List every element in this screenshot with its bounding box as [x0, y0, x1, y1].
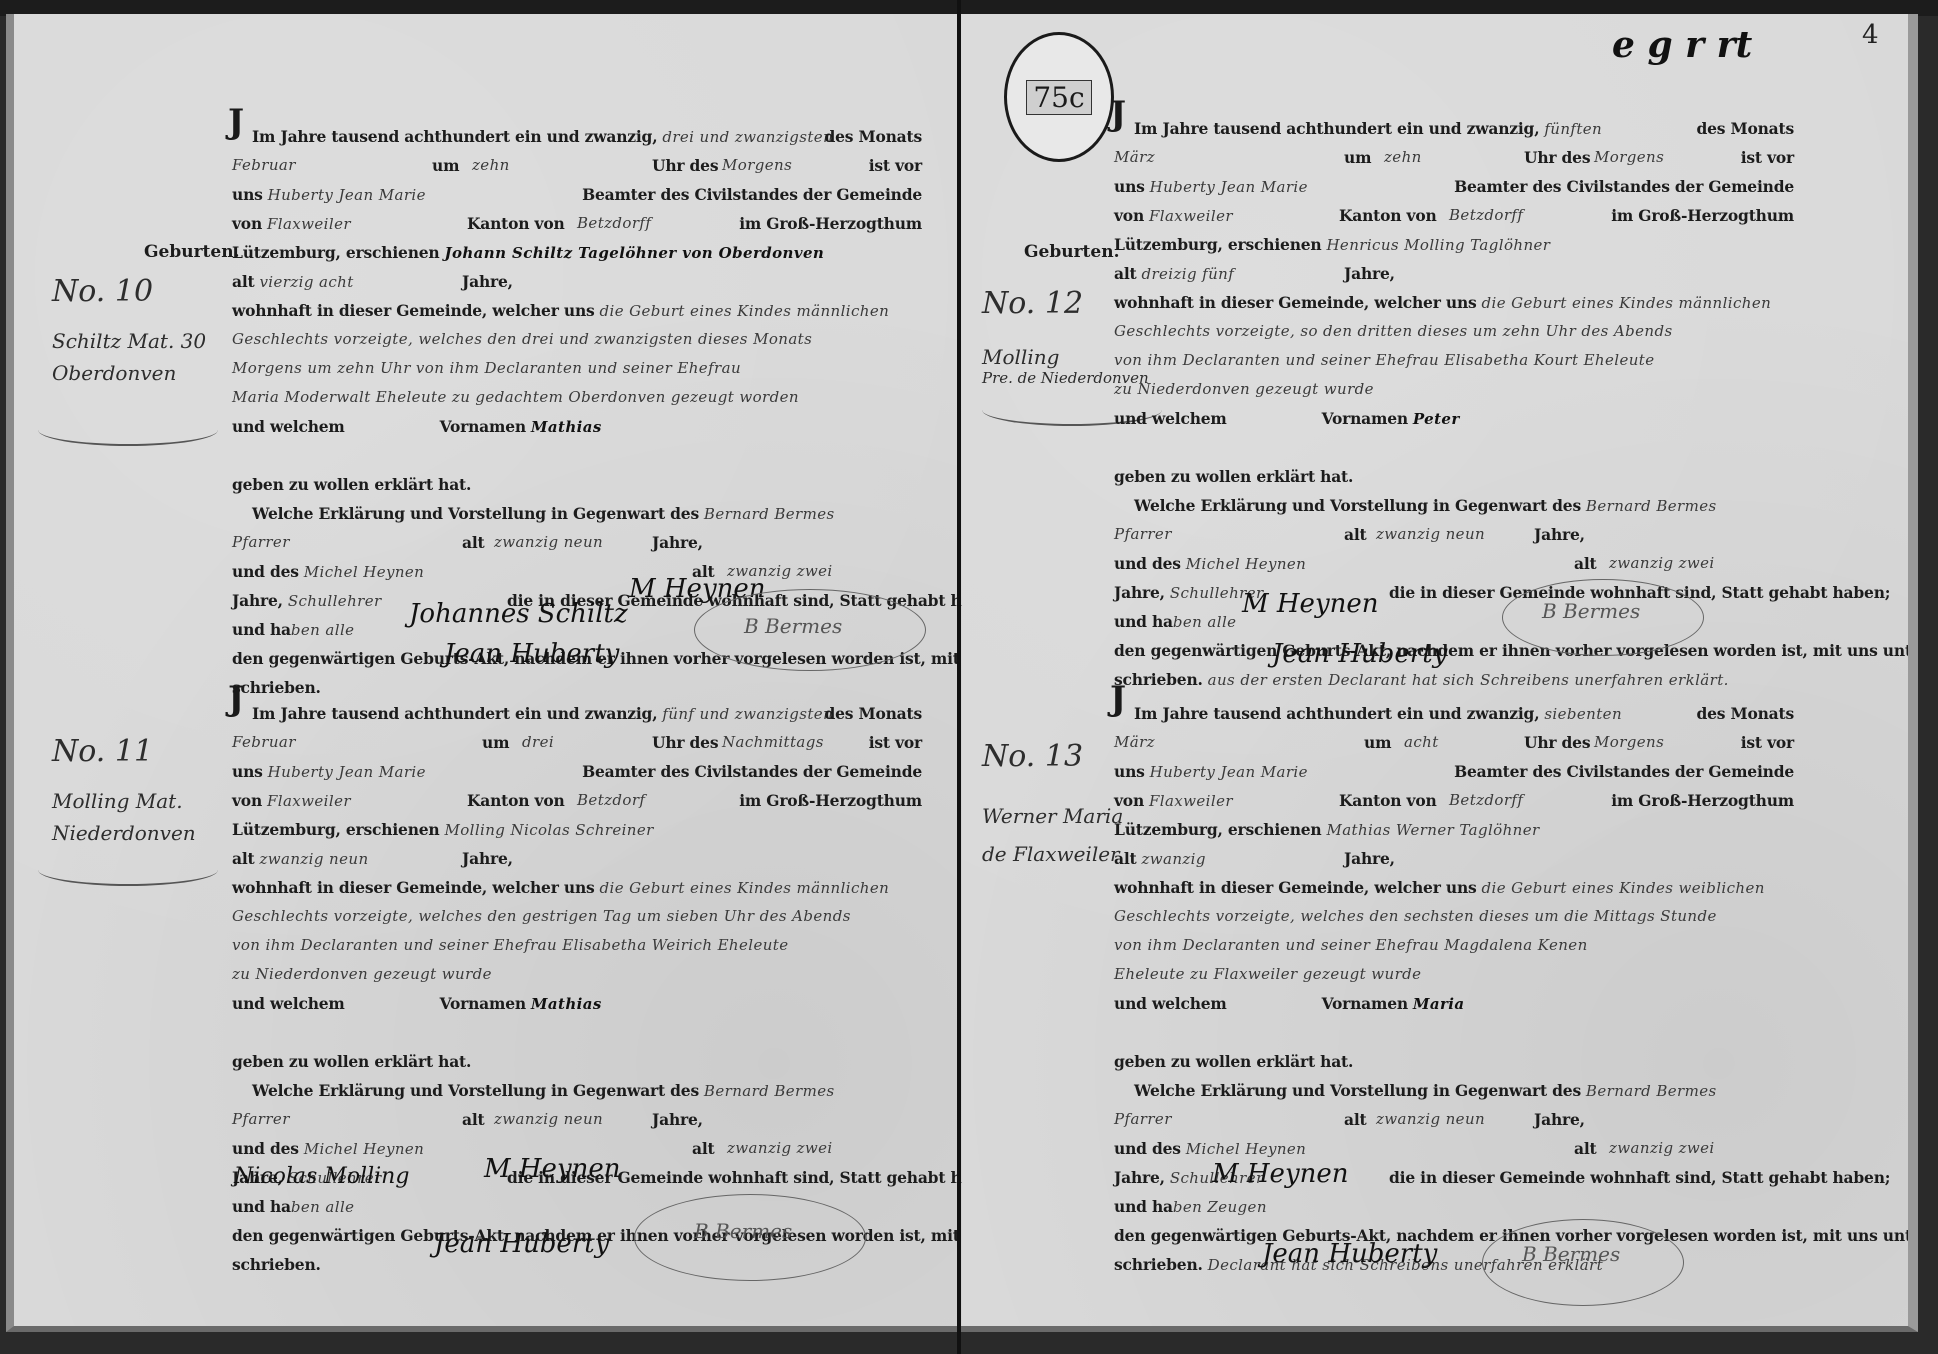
printed-text: schrieben.	[232, 678, 321, 697]
printed-text: im Groß-Herzogthum	[1611, 786, 1794, 815]
handwritten-entry: Geschlechts vorzeigte, so den dritten di…	[1114, 322, 1673, 340]
record-13: JIm Jahre tausend achthundert ein und zw…	[1114, 699, 1794, 1279]
printed-text: und welchem	[232, 994, 345, 1013]
printed-text: Welche Erklärung und Vorstellung in Gege…	[1134, 496, 1581, 515]
form-line: den gegenwärtigen Geburts-Akt, nachdem e…	[1114, 636, 1794, 665]
form-line: Eheleute zu Flaxweiler gezeugt wurde	[1114, 960, 1794, 989]
printed-text: alt	[232, 272, 255, 291]
handwritten-entry: Pfarrer	[232, 533, 290, 551]
handwritten-entry: die Geburt eines Kindes männlichen	[1482, 294, 1772, 312]
printed-text: Uhr des	[1524, 728, 1590, 757]
form-line: Welche Erklärung und Vorstellung in Gege…	[1114, 491, 1794, 520]
printed-text: im Groß-Herzogthum	[739, 209, 922, 238]
form-line: geben zu wollen erklärt hat.	[1114, 1047, 1794, 1076]
handwritten-entry: Pfarrer	[1114, 1110, 1172, 1128]
printed-text: J	[1110, 100, 1126, 129]
printed-text: die in dieser Gemeinde wohnhaft sind, St…	[1389, 1163, 1890, 1192]
form-line: Pfarreraltzwanzig neunJahre,	[1114, 1105, 1794, 1134]
handwritten-entry: Flaxweiler	[1149, 792, 1233, 810]
stamp-value: 75c	[1026, 80, 1091, 115]
handwritten-entry: Michel Heynen	[1186, 1140, 1307, 1158]
printed-text: und des	[232, 1139, 299, 1158]
handwritten-entry: zwanzig neun	[1376, 520, 1485, 549]
form-line	[232, 441, 922, 470]
form-line: Morgens um zehn Uhr von ihm Declaranten …	[232, 354, 922, 383]
handwritten-entry: vierzig acht	[259, 273, 353, 291]
form-line: geben zu wollen erklärt hat.	[232, 470, 922, 499]
form-line: JIm Jahre tausend achthundert ein und zw…	[232, 122, 922, 151]
handwritten-entry: ben alle	[291, 1198, 355, 1216]
printed-text: Jahre,	[462, 267, 513, 296]
printed-text: Vornamen	[440, 994, 526, 1013]
margin-place: de Flaxweiler	[982, 842, 1123, 866]
printed-text: alt	[1574, 549, 1597, 578]
handwritten-entry: zwanzig zwei	[1609, 549, 1715, 578]
handwritten-entry: die Geburt eines Kindes männlichen	[600, 879, 890, 897]
form-line: wohnhaft in dieser Gemeinde, welcher uns…	[232, 296, 922, 325]
handwritten-entry: fünften	[1544, 120, 1602, 138]
given-name: Mathias	[531, 418, 602, 436]
handwritten-entry: Eheleute zu Flaxweiler gezeugt wurde	[1114, 965, 1421, 983]
printed-text: Vornamen	[1322, 409, 1408, 428]
printed-text: schrieben.	[1114, 1255, 1203, 1274]
margin-name: Werner Maria	[982, 804, 1123, 828]
form-line: und des Michel Heynenaltzwanzig zwei	[232, 557, 922, 586]
printed-text: von	[1114, 206, 1144, 225]
printed-text: und welchem	[1114, 409, 1227, 428]
form-line	[1114, 433, 1794, 462]
form-line: von FlaxweilerKanton vonBetzdorffim Groß…	[232, 209, 922, 238]
form-line: und welchem Vornamen Maria	[1114, 989, 1794, 1018]
form-line: schrieben. aus der ersten Declarant hat …	[1114, 665, 1794, 694]
printed-text: Jahre,	[232, 591, 283, 610]
handwritten-entry: von ihm Declaranten und seiner Ehefrau E…	[232, 936, 789, 954]
handwritten-entry: Molling Nicolas Schreiner	[444, 821, 653, 839]
printed-text: alt	[1114, 264, 1137, 283]
handwritten-entry: ben Zeugen	[1173, 1198, 1267, 1216]
margin-flourish	[38, 414, 218, 446]
form-line: Lützemburg, erschienen Molling Nicolas S…	[232, 815, 922, 844]
form-line: JIm Jahre tausend achthundert ein und zw…	[1114, 699, 1794, 728]
form-line: und welchem Vornamen Mathias	[232, 412, 922, 441]
printed-text: Lützemburg, erschienen	[1114, 235, 1322, 254]
printed-text: alt	[1114, 849, 1137, 868]
signature: M Heynen	[1212, 1159, 1349, 1189]
printed-text: alt	[1574, 1134, 1597, 1163]
margin-place: Niederdonven	[52, 821, 196, 845]
form-line: uns Huberty Jean MarieBeamter des Civils…	[232, 180, 922, 209]
handwritten-entry: zu Niederdonven gezeugt wurde	[232, 965, 492, 983]
printed-text: und des	[232, 562, 299, 581]
signature: Jean Huberty	[444, 639, 619, 669]
handwritten-entry: zwanzig neun	[1376, 1105, 1485, 1134]
handwritten-entry: ben alle	[291, 621, 355, 639]
form-line: und welchem Vornamen Peter	[1114, 404, 1794, 433]
handwritten-entry: zwanzig zwei	[1609, 1134, 1715, 1163]
handwritten-entry: Betzdorf	[577, 786, 645, 815]
printed-text: Jahre,	[462, 844, 513, 873]
handwritten-entry: Mathias Werner Taglöhner	[1326, 821, 1539, 839]
printed-text: und ha	[1114, 1197, 1173, 1216]
handwritten-entry: Maria Moderwalt Eheleute zu gedachtem Ob…	[232, 388, 799, 406]
handwritten-entry: acht	[1404, 728, 1439, 757]
signature: Jean Huberty	[1262, 1239, 1437, 1269]
margin-flourish	[38, 854, 218, 886]
handwritten-entry: Maria	[1413, 995, 1465, 1013]
signature: M Heynen	[1242, 589, 1379, 619]
printed-text: Beamter des Civilstandes der Gemeinde	[1454, 172, 1794, 201]
handwritten-entry: Michel Heynen	[304, 563, 425, 581]
form-line: Welche Erklärung und Vorstellung in Gege…	[232, 499, 922, 528]
handwritten-entry: zwanzig	[1141, 850, 1205, 868]
form-line: wohnhaft in dieser Gemeinde, welcher uns…	[1114, 288, 1794, 317]
handwritten-entry: Flaxweiler	[1149, 207, 1233, 225]
handwritten-entry: zehn	[1384, 143, 1422, 172]
printed-text: uns	[1114, 762, 1145, 781]
printed-text: Im Jahre tausend achthundert ein und zwa…	[252, 704, 657, 723]
printed-text: J	[228, 108, 244, 137]
form-line: von FlaxweilerKanton vonBetzdorffim Groß…	[1114, 201, 1794, 230]
corner-annotation: e g r rt	[1612, 24, 1752, 66]
printed-text: im Groß-Herzogthum	[1611, 201, 1794, 230]
margin-place: Oberdonven	[52, 361, 206, 385]
handwritten-entry: März	[1114, 148, 1155, 166]
printed-text: des Monats	[1696, 699, 1794, 728]
handwritten-entry: Bernard Bermes	[704, 505, 835, 523]
printed-text: J	[228, 685, 244, 714]
handwritten-entry: Pfarrer	[1114, 525, 1172, 543]
section-label: Geburten.	[144, 242, 239, 262]
printed-text: uns	[232, 762, 263, 781]
printed-text: Vornamen	[440, 417, 526, 436]
form-line	[1114, 1018, 1794, 1047]
form-line: Lützemburg, erschienen Johann Schiltz Ta…	[232, 238, 922, 267]
handwritten-entry: Huberty Jean Marie	[268, 763, 426, 781]
handwritten-entry: Nachmittags	[722, 728, 824, 757]
handwritten-entry: die Geburt eines Kindes männlichen	[600, 302, 890, 320]
printed-text: wohnhaft in dieser Gemeinde, welcher uns	[232, 301, 595, 320]
form-line: Maria Moderwalt Eheleute zu gedachtem Ob…	[232, 383, 922, 412]
printed-text: Vornamen	[1322, 994, 1408, 1013]
form-line: FebruarumdreiUhr desNachmittagsist vor	[232, 728, 922, 757]
record-number: No. 11	[52, 734, 196, 769]
record-note: aus der ersten Declarant hat sich Schrei…	[1208, 671, 1729, 689]
handwritten-entry: Michel Heynen	[304, 1140, 425, 1158]
form-line: Welche Erklärung und Vorstellung in Gege…	[1114, 1076, 1794, 1105]
handwritten-entry: Betzdorff	[1449, 786, 1523, 815]
tax-stamp: 75c	[1004, 32, 1114, 162]
officer: Huberty Jean Marie	[268, 186, 426, 204]
signature-flourish	[634, 1194, 866, 1281]
printed-text: Jahre,	[1534, 1105, 1585, 1134]
signature: Nicolas Molling	[234, 1164, 409, 1189]
form-line: schrieben.	[232, 673, 922, 702]
printed-text: und welchem	[232, 417, 345, 436]
form-line: JIm Jahre tausend achthundert ein und zw…	[232, 699, 922, 728]
printed-text: von	[1114, 791, 1144, 810]
handwritten-entry: Morgens	[1594, 728, 1664, 757]
printed-text: ist vor	[869, 728, 922, 757]
handwritten-entry: Betzdorff	[577, 209, 651, 238]
handwritten-entry: Michel Heynen	[1186, 555, 1307, 573]
handwritten-entry: zwanzig neun	[494, 1105, 603, 1134]
handwritten-entry: dreizig fünf	[1141, 265, 1234, 283]
margin-name: Schiltz Mat. 30	[52, 329, 206, 353]
section-label: Geburten.	[1024, 242, 1119, 262]
handwritten-entry: Schullehrer	[288, 592, 382, 610]
form-line: von ihm Declaranten und seiner Ehefrau E…	[232, 931, 922, 960]
handwritten-entry: Henricus Molling Taglöhner	[1326, 236, 1550, 254]
handwritten-entry: Geschlechts vorzeigte, welches den drei …	[232, 330, 812, 348]
printed-text: Jahre,	[652, 1105, 703, 1134]
printed-text: Beamter des Civilstandes der Gemeinde	[1454, 757, 1794, 786]
printed-text: Jahre,	[1534, 520, 1585, 549]
printed-text: Im Jahre tausend achthundert ein und zwa…	[252, 127, 657, 146]
printed-text: Kanton von	[467, 786, 565, 815]
day: drei und zwanzigsten	[662, 128, 833, 146]
printed-text: alt	[692, 1134, 715, 1163]
handwritten-entry: zehn	[472, 151, 510, 180]
handwritten-entry: März	[1114, 733, 1155, 751]
handwritten-entry: Flaxweiler	[267, 215, 351, 233]
form-line: uns Huberty Jean MarieBeamter des Civils…	[1114, 172, 1794, 201]
handwritten-entry: ben alle	[1173, 613, 1237, 631]
printed-text: Jahre,	[1344, 844, 1395, 873]
form-line: den gegenwärtigen Geburts-Akt, nachdem e…	[1114, 1221, 1794, 1250]
form-line: von ihm Declaranten und seiner Ehefrau M…	[1114, 931, 1794, 960]
form-line: alt zwanzig neunJahre,	[232, 844, 922, 873]
printed-text: und welchem	[1114, 994, 1227, 1013]
printed-text: wohnhaft in dieser Gemeinde, welcher uns	[1114, 878, 1477, 897]
printed-text: und ha	[1114, 612, 1173, 631]
signature: Jean Huberty	[1272, 639, 1447, 669]
printed-text: Lützemburg, erschienen	[1114, 820, 1322, 839]
form-line: zu Niederdonven gezeugt wurde	[232, 960, 922, 989]
handwritten-entry: zu Niederdonven gezeugt wurde	[1114, 380, 1374, 398]
handwritten-entry: von ihm Declaranten und seiner Ehefrau M…	[1114, 936, 1588, 954]
printed-text: Welche Erklärung und Vorstellung in Gege…	[252, 1081, 699, 1100]
handwritten-entry: Bernard Bermes	[1586, 497, 1717, 515]
declarant: Johann Schiltz Tagelöhner von Oberdonven	[444, 244, 824, 262]
form-line: alt vierzig achtJahre,	[232, 267, 922, 296]
handwritten-entry: Pfarrer	[232, 1110, 290, 1128]
printed-text: alt	[462, 528, 485, 557]
printed-text: Welche Erklärung und Vorstellung in Gege…	[252, 504, 699, 523]
printed-text: von	[232, 214, 262, 233]
handwritten-entry: zwanzig zwei	[727, 1134, 833, 1163]
form-line: geben zu wollen erklärt hat.	[1114, 462, 1794, 491]
form-line: Welche Erklärung und Vorstellung in Gege…	[232, 1076, 922, 1105]
printed-text: uns	[232, 185, 263, 204]
form-line: alt zwanzigJahre,	[1114, 844, 1794, 873]
printed-text: Uhr des	[652, 728, 718, 757]
printed-text: geben zu wollen erklärt hat.	[232, 475, 471, 494]
printed-text: alt	[1344, 520, 1367, 549]
handwritten-entry: Bernard Bermes	[704, 1082, 835, 1100]
printed-text: und ha	[232, 620, 291, 639]
margin-name: Molling Mat.	[52, 789, 196, 813]
form-line: JIm Jahre tausend achthundert ein und zw…	[1114, 114, 1794, 143]
printed-text: Jahre,	[1114, 1168, 1165, 1187]
signature-flourish	[1482, 1219, 1684, 1306]
printed-text: Kanton von	[1339, 201, 1437, 230]
printed-text: alt	[462, 1105, 485, 1134]
signature: Jean Huberty	[434, 1229, 609, 1259]
signature-flourish	[1502, 579, 1704, 656]
month: Februar	[232, 156, 296, 174]
signature: M Heynen	[484, 1154, 621, 1184]
signature: Johannes Schiltz	[409, 599, 628, 629]
printed-text: den gegenwärtigen Geburts-Akt, nachdem e…	[1114, 641, 1918, 660]
page-number: 4	[1862, 20, 1879, 50]
handwritten-entry: Mathias	[531, 995, 602, 1013]
handwritten-entry: Geschlechts vorzeigte, welches den gestr…	[232, 907, 851, 925]
form-line: FebruarumzehnUhr desMorgensist vor	[232, 151, 922, 180]
printed-text: Uhr des	[1524, 143, 1590, 172]
handwritten-entry: Morgens	[1594, 143, 1664, 172]
printed-text: Beamter des Civilstandes der Gemeinde	[582, 180, 922, 209]
form-line: Lützemburg, erschienen Henricus Molling …	[1114, 230, 1794, 259]
left-page: Geburten. No. 10 Schiltz Mat. 30 Oberdon…	[6, 14, 964, 1332]
printed-text: Jahre,	[652, 528, 703, 557]
handwritten-entry: Bernard Bermes	[1586, 1082, 1717, 1100]
printed-text: uns	[1114, 177, 1145, 196]
form-line: Geschlechts vorzeigte, so den dritten di…	[1114, 317, 1794, 346]
margin-note-rec-11: No. 11 Molling Mat. Niederdonven	[52, 734, 196, 845]
printed-text: und des	[1114, 554, 1181, 573]
form-line: Lützemburg, erschienen Mathias Werner Ta…	[1114, 815, 1794, 844]
form-line: Pfarreraltzwanzig neunJahre,	[232, 528, 922, 557]
form-line: alt dreizig fünfJahre,	[1114, 259, 1794, 288]
printed-text: Kanton von	[467, 209, 565, 238]
handwritten-entry: Morgens	[722, 151, 792, 180]
printed-text: Lützemburg, erschienen	[232, 820, 440, 839]
printed-text: und ha	[232, 1197, 291, 1216]
form-line: von FlaxweilerKanton vonBetzdorffim Groß…	[1114, 786, 1794, 815]
printed-text: Jahre,	[1344, 259, 1395, 288]
handwritten-entry: Peter	[1413, 410, 1460, 428]
record-number: No. 10	[52, 274, 206, 309]
handwritten-entry: Huberty Jean Marie	[1150, 763, 1308, 781]
printed-text: Welche Erklärung und Vorstellung in Gege…	[1134, 1081, 1581, 1100]
handwritten-entry: Geschlechts vorzeigte, welches den sechs…	[1114, 907, 1717, 925]
printed-text: ist vor	[1741, 143, 1794, 172]
form-line: MärzumzehnUhr desMorgensist vor	[1114, 143, 1794, 172]
handwritten-entry: zwanzig neun	[494, 528, 603, 557]
form-line	[232, 1018, 922, 1047]
handwritten-entry: die Geburt eines Kindes weiblichen	[1482, 879, 1765, 897]
form-line: zu Niederdonven gezeugt wurde	[1114, 375, 1794, 404]
printed-text: Im Jahre tausend achthundert ein und zwa…	[1134, 704, 1539, 723]
form-line: uns Huberty Jean MarieBeamter des Civils…	[1114, 757, 1794, 786]
form-line: uns Huberty Jean MarieBeamter des Civils…	[232, 757, 922, 786]
printed-text: wohnhaft in dieser Gemeinde, welcher uns	[232, 878, 595, 897]
printed-text: J	[1110, 685, 1126, 714]
book-spine	[957, 0, 961, 1354]
printed-text: geben zu wollen erklärt hat.	[1114, 467, 1353, 486]
form-line: und welchem Vornamen Mathias	[232, 989, 922, 1018]
form-line: Geschlechts vorzeigte, welches den sechs…	[1114, 902, 1794, 931]
register-spread: Geburten. No. 10 Schiltz Mat. 30 Oberdon…	[0, 0, 1938, 1354]
form-line: Geschlechts vorzeigte, welches den drei …	[232, 325, 922, 354]
printed-text: Kanton von	[1339, 786, 1437, 815]
margin-note-rec-13: No. 13 Werner Maria de Flaxweiler	[982, 739, 1123, 866]
printed-text: wohnhaft in dieser Gemeinde, welcher uns	[1114, 293, 1477, 312]
handwritten-entry: zwanzig neun	[259, 850, 368, 868]
printed-text: Lützemburg, erschienen	[232, 243, 440, 262]
form-line: schrieben. Declarant hat sich Schreibens…	[1114, 1250, 1794, 1279]
form-line: Pfarreraltzwanzig neunJahre,	[232, 1105, 922, 1134]
handwritten-entry: Betzdorff	[1449, 201, 1523, 230]
form-line: von ihm Declaranten und seiner Ehefrau E…	[1114, 346, 1794, 375]
signature-flourish	[694, 589, 926, 671]
printed-text: schrieben.	[1114, 670, 1203, 689]
printed-text: geben zu wollen erklärt hat.	[1114, 1052, 1353, 1071]
form-line: wohnhaft in dieser Gemeinde, welcher uns…	[1114, 873, 1794, 902]
printed-text: Uhr des	[652, 151, 718, 180]
form-line: von FlaxweilerKanton vonBetzdorfim Groß-…	[232, 786, 922, 815]
printed-text: ist vor	[1741, 728, 1794, 757]
form-line: und haben Zeugen	[1114, 1192, 1794, 1221]
handwritten-entry: Morgens um zehn Uhr von ihm Declaranten …	[232, 359, 741, 377]
form-line: Pfarreraltzwanzig neunJahre,	[1114, 520, 1794, 549]
printed-text: alt	[1344, 1105, 1367, 1134]
handwritten-entry: Flaxweiler	[267, 792, 351, 810]
printed-text: um	[1364, 728, 1391, 757]
printed-text: des Monats	[824, 699, 922, 728]
printed-text: schrieben.	[232, 1255, 321, 1274]
form-line: Geschlechts vorzeigte, welches den gestr…	[232, 902, 922, 931]
printed-text: um	[1344, 143, 1371, 172]
printed-text: im Groß-Herzogthum	[739, 786, 922, 815]
printed-text: und des	[1114, 1139, 1181, 1158]
form-line: MärzumachtUhr desMorgensist vor	[1114, 728, 1794, 757]
printed-text: von	[232, 791, 262, 810]
printed-text: Jahre,	[1114, 583, 1165, 602]
handwritten-entry: von ihm Declaranten und seiner Ehefrau E…	[1114, 351, 1655, 369]
handwritten-entry: drei	[522, 728, 554, 757]
printed-text: ist vor	[869, 151, 922, 180]
form-line: wohnhaft in dieser Gemeinde, welcher uns…	[232, 873, 922, 902]
record-11: JIm Jahre tausend achthundert ein und zw…	[232, 699, 922, 1279]
printed-text: des Monats	[824, 122, 922, 151]
form-line: und des Michel Heynenaltzwanzig zwei	[1114, 549, 1794, 578]
handwritten-entry: Huberty Jean Marie	[1150, 178, 1308, 196]
printed-text: Beamter des Civilstandes der Gemeinde	[582, 757, 922, 786]
right-page: 75c e g r rt 4 Geburten. No. 12 Molling …	[962, 14, 1918, 1332]
record-number: No. 13	[982, 739, 1123, 774]
printed-text: um	[432, 151, 459, 180]
handwritten-entry: fünf und zwanzigsten	[662, 705, 833, 723]
printed-text: geben zu wollen erklärt hat.	[232, 1052, 471, 1071]
handwritten-entry: Februar	[232, 733, 296, 751]
handwritten-entry: siebenten	[1544, 705, 1622, 723]
printed-text: des Monats	[1696, 114, 1794, 143]
form-line: geben zu wollen erklärt hat.	[232, 1047, 922, 1076]
printed-text: um	[482, 728, 509, 757]
printed-text: Im Jahre tausend achthundert ein und zwa…	[1134, 119, 1539, 138]
margin-note-rec-10: No. 10 Schiltz Mat. 30 Oberdonven	[52, 274, 206, 385]
printed-text: alt	[232, 849, 255, 868]
